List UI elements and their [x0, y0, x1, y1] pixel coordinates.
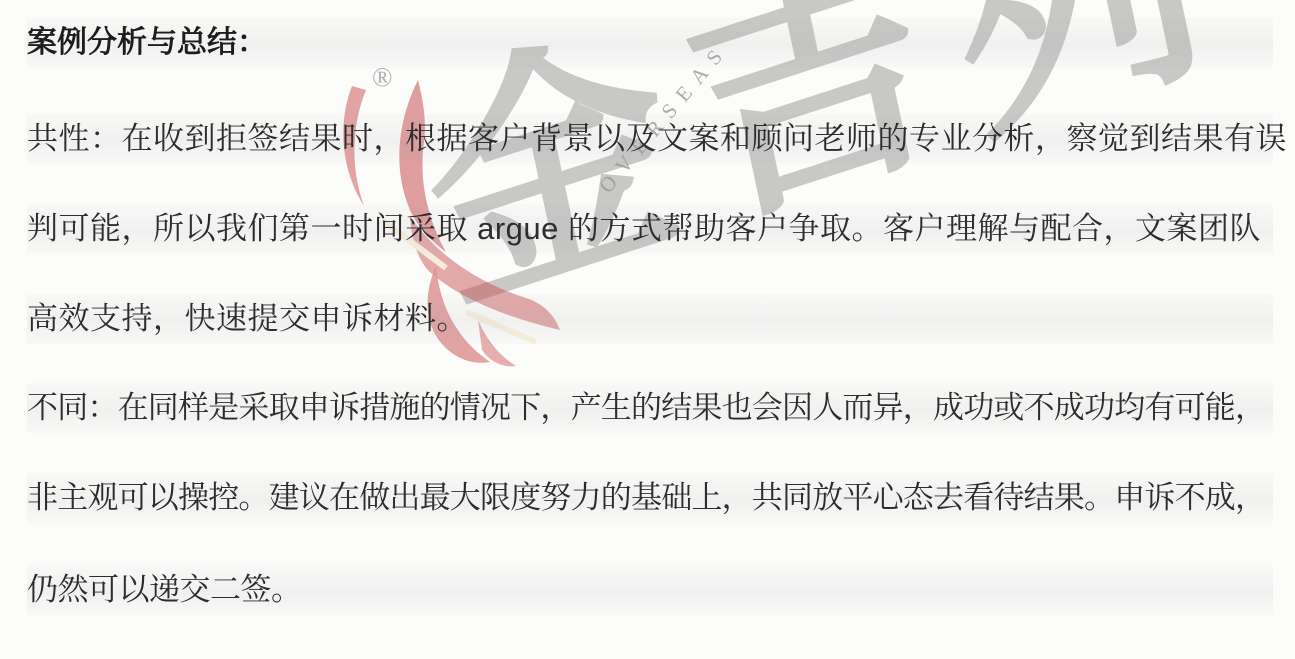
document-page: 金吉列 OVERSEAS ® 案例分析与总结： 共性：在收到拒签结果时，根据客户…	[0, 0, 1295, 659]
text-line: 不同：在同样是采取申诉措施的情况下，产生的结果也会因人而异，成功或不成功均有可能…	[27, 383, 1273, 433]
text-line: 判可能，所以我们第一时间采取 argue 的方式帮助客户争取。客户理解与配合，文…	[27, 204, 1273, 254]
text-line: 仍然可以递交二签。	[27, 565, 1273, 615]
text-line: 非主观可以操控。建议在做出最大限度努力的基础上，共同放平心态去看待结果。申诉不成…	[27, 473, 1273, 523]
text-line: 高效支持，快速提交申诉材料。	[27, 294, 1273, 344]
page-title: 案例分析与总结：	[27, 18, 1273, 68]
text-line: 共性：在收到拒签结果时，根据客户背景以及文案和顾问老师的专业分析，察觉到结果有误	[27, 114, 1273, 164]
document-body: 案例分析与总结： 共性：在收到拒签结果时，根据客户背景以及文案和顾问老师的专业分…	[0, 0, 1295, 659]
